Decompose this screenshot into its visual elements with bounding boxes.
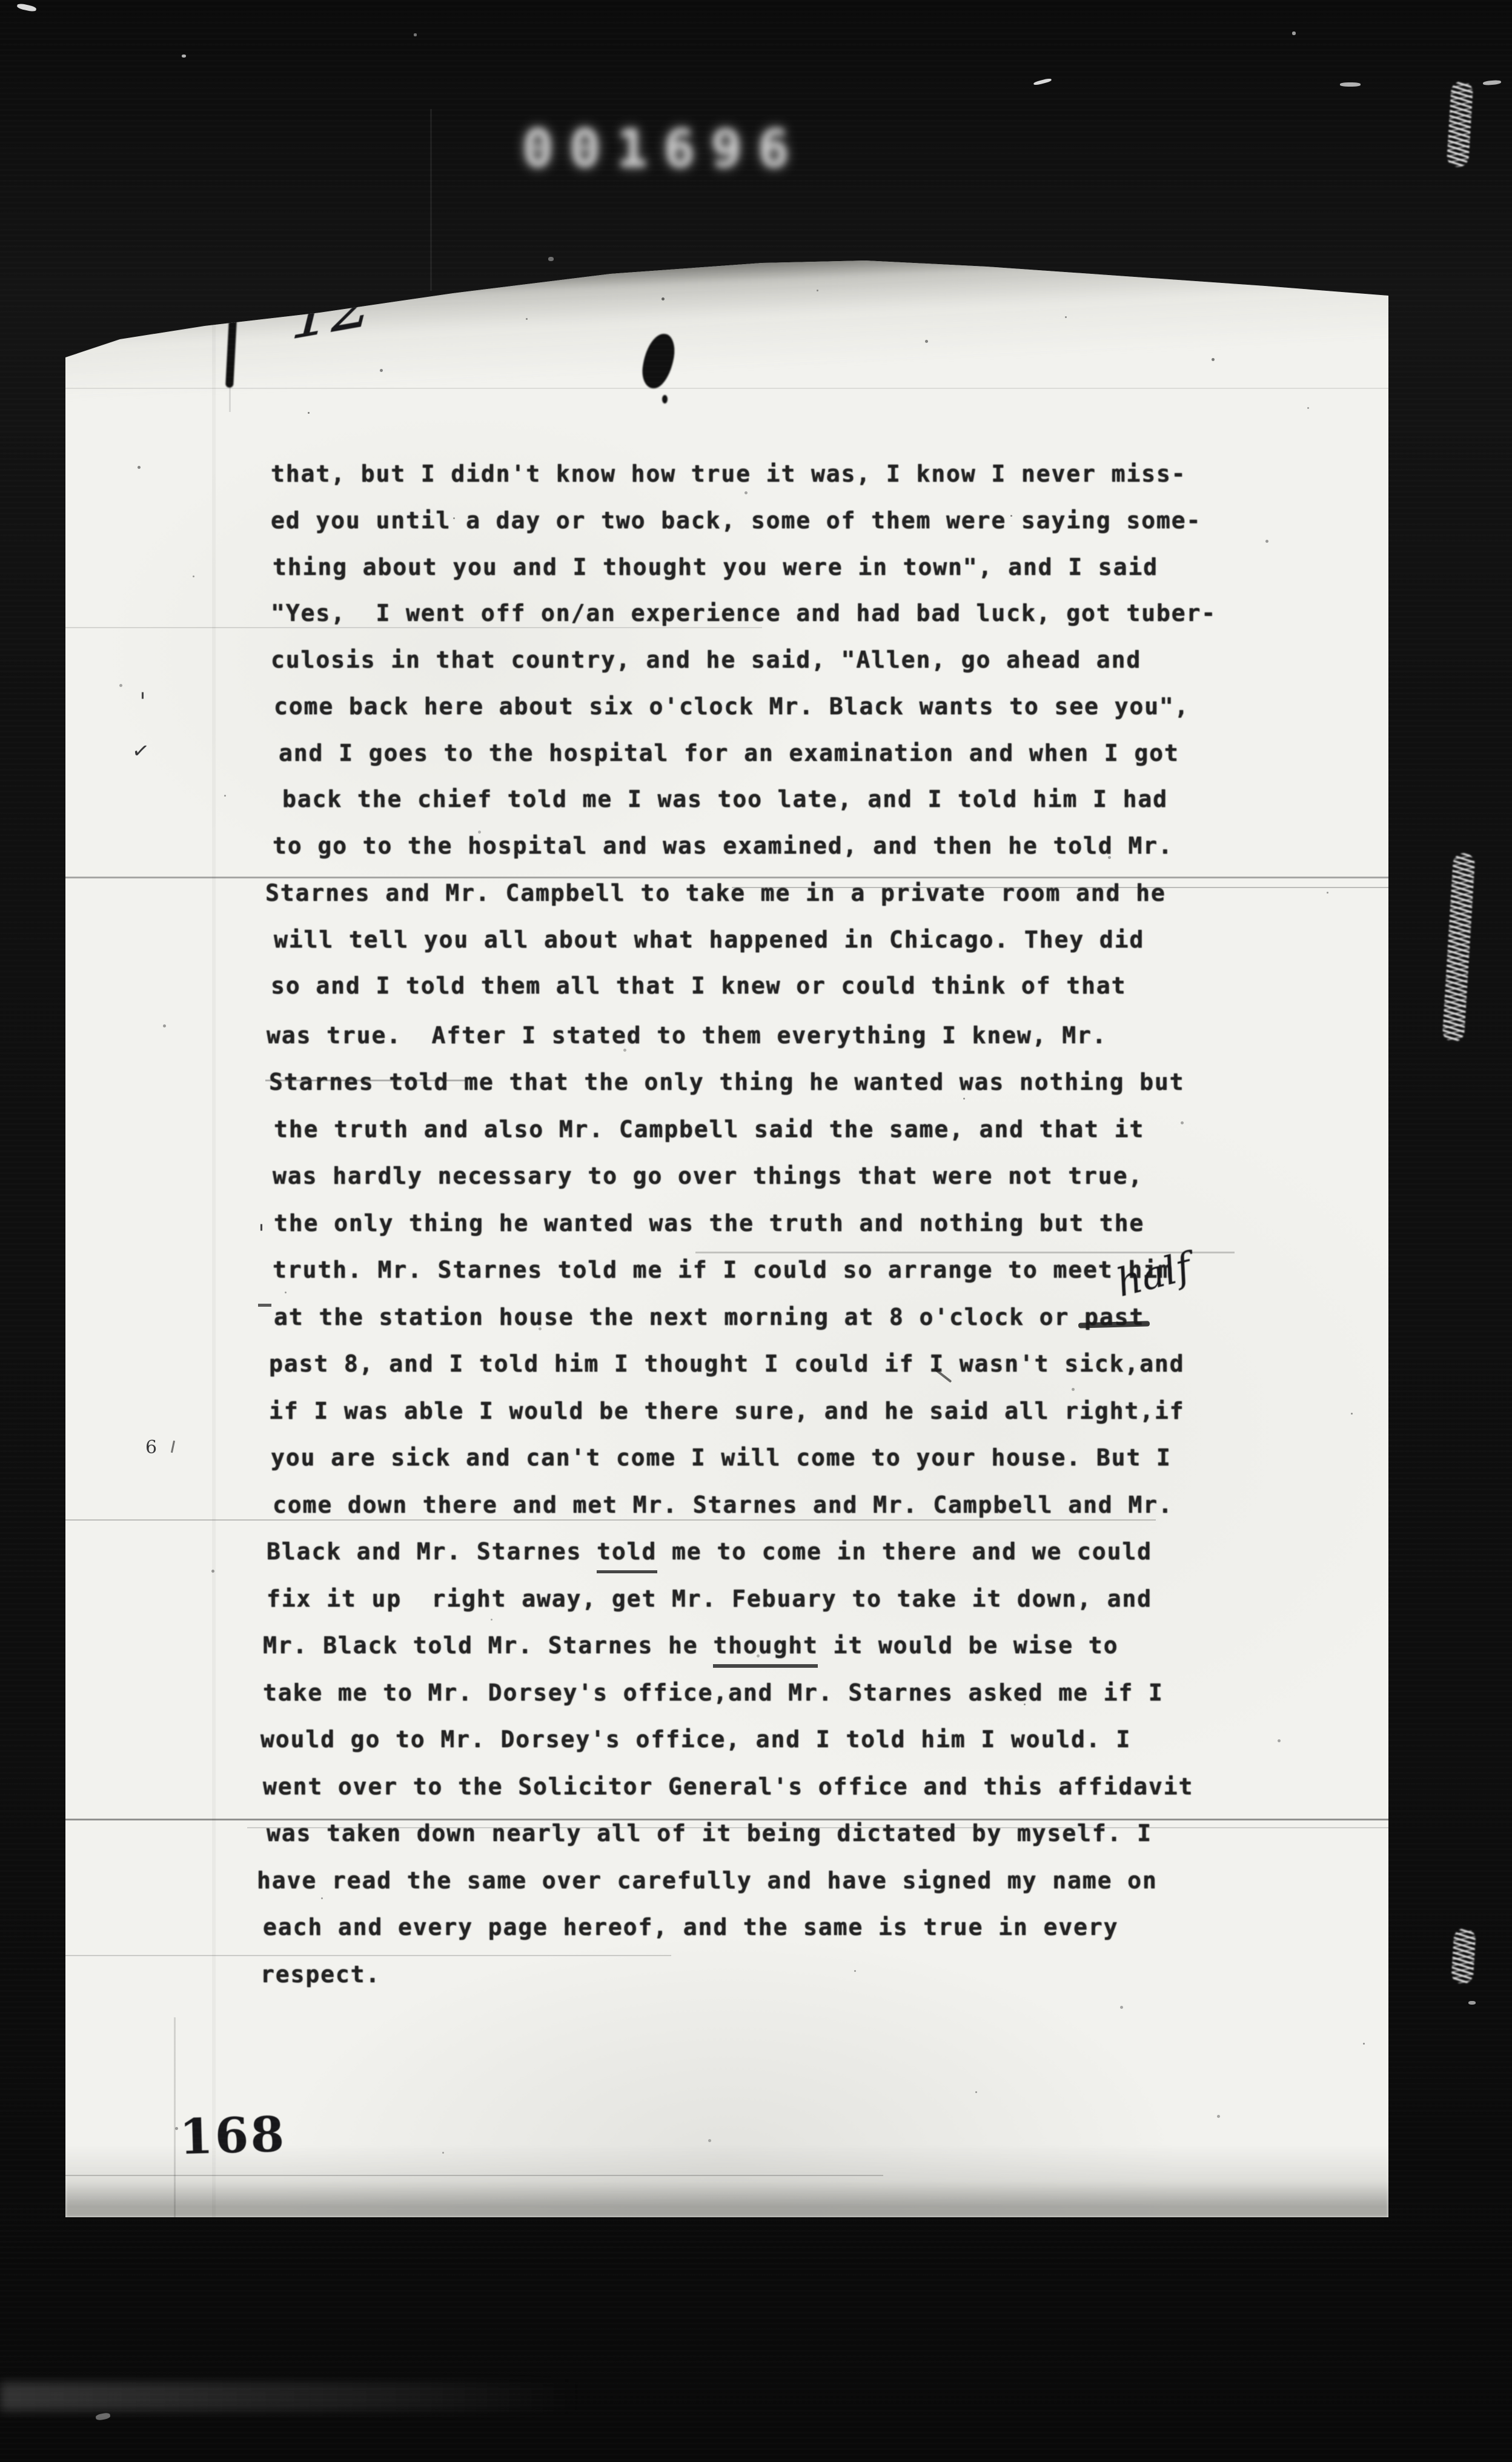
margin-ink-comma [244,285,257,303]
typed-line: Mr. Black told Mr. Starnes he thought it… [263,1634,1118,1658]
film-edge-writing [1442,852,1476,1043]
typed-line: come down there and met Mr. Starnes and … [273,1493,1173,1518]
film-frame-stamp: 001696 [522,119,805,179]
typed-line: back the chief told me I was too late, a… [282,788,1168,812]
scan-line [65,877,1388,878]
film-speck [1292,32,1296,35]
document-page: 12 ✓ ' ' 6 that, but I didn't know how t… [65,260,1388,2217]
page-number: 168 [179,2106,287,2166]
handwritten-insert-half: half [1112,1244,1196,1306]
typed-line: Black and Mr. Starnes told me to come in… [267,1540,1152,1564]
handwritten-page-number: 12 [289,263,376,355]
film-fog [0,2382,582,2411]
typed-line: the truth and also Mr. Campbell said the… [274,1118,1144,1142]
typed-line: fix it up right away, get Mr. Febuary to… [267,1587,1152,1611]
typed-line: ed you until a day or two back, some of … [271,509,1201,533]
typed-line: Starnes and Mr. Campbell to take me in a… [265,881,1166,906]
scan-line [65,1955,671,1956]
margin-apostrophe: ' [139,688,146,716]
typed-line: each and every page hereof, and the same… [263,1916,1118,1940]
scan-line [65,627,762,628]
typed-line: take me to Mr. Dorsey's office,and Mr. S… [263,1681,1164,1705]
typed-line: culosis in that country, and he said, "A… [271,648,1141,672]
typed-line: at the station house the next morning at… [274,1306,1144,1330]
ink-blob-tail [662,395,668,403]
underline-told [597,1570,657,1573]
microfilm-scan: 001696 12 [0,0,1512,2462]
typed-line: so and I told them all that I knew or co… [271,974,1126,998]
typed-line: that, but I didn't know how true it was,… [271,462,1186,486]
film-speck [182,55,186,58]
typed-line: to go to the hospital and was examined, … [273,834,1173,858]
typed-line: past 8, and I told him I thought I could… [269,1352,1184,1376]
typed-line: you are sick and can't come I will come … [271,1446,1172,1470]
typed-line: "Yes, I went off on/an experience and ha… [271,602,1216,626]
film-speck [548,257,554,261]
typed-line: the only thing he wanted was the truth a… [274,1212,1144,1236]
typed-line: was taken down nearly all of it being di… [267,1822,1152,1846]
film-edge-writing [1447,81,1474,168]
typed-line: and I goes to the hospital for an examin… [279,742,1179,766]
typed-line: have read the same over carefully and ha… [257,1869,1158,1893]
scan-line [65,1519,1156,1521]
typed-line: Starnes told me that the only thing he w… [269,1070,1184,1095]
underline-thought [713,1664,818,1668]
margin-apostrophe: ' [258,1220,265,1248]
typed-line: thing about you and I thought you were i… [273,556,1158,580]
film-scratch [16,3,36,12]
paper-speckles [65,260,67,262]
film-mark [95,2412,110,2421]
film-scratch [1033,78,1052,85]
typed-line: was hardly necessary to go over things t… [273,1164,1143,1189]
typed-line: went over to the Solicitor General's off… [263,1775,1193,1799]
film-scratch [430,109,432,291]
film-scratch [1340,82,1361,87]
typed-line: truth. Mr. Starnes told me if I could so… [273,1258,1173,1282]
typed-line: would go to Mr. Dorsey's office, and I t… [260,1728,1131,1752]
film-speck [414,33,417,36]
margin-tick [171,1441,175,1453]
margin-six-mark: 6 [145,1437,157,1458]
margin-dash [258,1304,271,1307]
typed-line: will tell you all about what happened in… [274,928,1144,952]
margin-ink-comma [154,271,167,288]
typed-line: was true. After I stated to them everyth… [267,1024,1107,1048]
typed-line: respect. [260,1963,380,1987]
film-speck [1468,2001,1476,2005]
film-edge-writing [1451,1928,1476,1985]
margin-check-mark: ✓ [130,738,151,765]
fold-line [212,260,216,2217]
typed-line: come back here about six o'clock Mr. Bla… [274,695,1189,719]
typed-line: if I was able I would be there sure, and… [269,1399,1184,1424]
film-scratch [1483,80,1501,86]
